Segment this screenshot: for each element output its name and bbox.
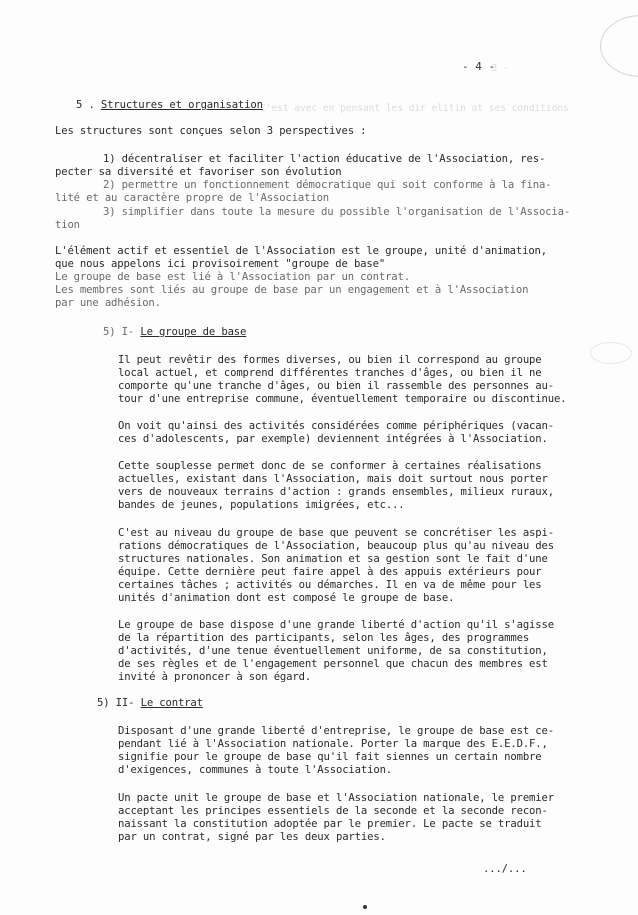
- section-title: Structures et organisation: [101, 99, 263, 111]
- subsection-1-heading: 5) I- Le groupe de base: [103, 326, 246, 339]
- ink-speck: [363, 905, 367, 909]
- element-actif-line-1: L'élément actif et essentiel de l'Associ…: [55, 245, 547, 258]
- subsection-1-title: Le groupe de base: [140, 326, 246, 338]
- sub1-p2-line-1: On voit qu'ainsi des activités considéré…: [118, 420, 554, 433]
- paper-curl: [600, 15, 638, 77]
- sub2-p2-line-4: par un contrat, signé par les deux parti…: [118, 831, 386, 844]
- sub1-p4-line-5: certaines tâches ; activités ou démarche…: [118, 579, 542, 592]
- sub1-p1-line-1: Il peut revêtir des formes diverses, ou …: [118, 354, 542, 367]
- subsection-1-number: 5) I-: [103, 326, 134, 338]
- sub2-p2-line-3: naissant la constitution adoptée par le …: [118, 818, 542, 831]
- sub1-p1-line-3: comporte qu'une tranche d'âges, ou bien …: [118, 380, 554, 393]
- sub1-p1-line-4: tour d'une entreprise commune, éventuell…: [118, 393, 566, 406]
- page-number: - 4 -: [462, 60, 495, 73]
- sub1-p3-line-2: actuelles, existant dans l'Association, …: [118, 473, 548, 486]
- sub1-p5-line-3: d'activités, d'une tenue éventuellement …: [118, 645, 548, 658]
- sub1-p5-line-4: de ses règles et de l'engagement personn…: [118, 658, 548, 671]
- perspective-2-line-2: lité et au caractère propre de l'Associa…: [55, 192, 329, 205]
- sub1-p3-line-3: vers de nouveaux terrains d'action : gra…: [118, 486, 554, 499]
- section-heading: 5 . Structures et organisation: [76, 99, 263, 112]
- sub1-p3-line-4: bandes de jeunes, populations imigrées, …: [118, 499, 405, 512]
- section-number: 5 .: [76, 99, 95, 111]
- subsection-2-heading: 5) II- Le contrat: [97, 697, 203, 710]
- perspective-3-line-1: 3) simplifier dans toute la mesure du po…: [103, 206, 570, 219]
- section-intro: Les structures sont conçues selon 3 pers…: [55, 125, 366, 138]
- sub2-p2-line-1: Un pacte unit le groupe de base et l'Ass…: [118, 792, 554, 805]
- element-actif-line-5: par une adhésion.: [55, 297, 161, 310]
- sub1-p4-line-4: équipe. Cette dernière peut faire appel …: [118, 566, 542, 579]
- element-actif-line-4: Les membres sont liés au groupe de base …: [55, 284, 528, 297]
- perspective-2-line-1: 2) permettre un fonctionnement démocrati…: [103, 179, 551, 192]
- bleed-through-text: C'est avec en pensant les dir elitin at …: [260, 103, 575, 114]
- paper-mark: [590, 342, 632, 364]
- perspective-3-line-2: tion: [55, 219, 80, 232]
- sub1-p5-line-1: Le groupe de base dispose d'une grande l…: [118, 619, 554, 632]
- subsection-2-title: Le contrat: [141, 697, 203, 709]
- sub2-p2-line-2: acceptant les principes essentiels de la…: [118, 805, 548, 818]
- sub1-p2-line-2: ces d'adolescents, par exemple) devienne…: [118, 433, 548, 446]
- subsection-2-number: 5) II-: [97, 697, 134, 709]
- sub1-p4-line-6: unités d'animation dont est composé le g…: [118, 592, 454, 605]
- sub2-p1-line-2: pendant lié à l'Association nationale. P…: [118, 738, 548, 751]
- perspective-1-line-2: pecter sa diversité et favoriser son évo…: [55, 166, 342, 179]
- sub2-p1-line-3: signifie pour le groupe de base qu'il fa…: [118, 751, 542, 764]
- sub1-p3-line-1: Cette souplesse permet donc de se confor…: [118, 460, 542, 473]
- perspective-1-line-1: 1) décentraliser et faciliter l'action é…: [103, 153, 545, 166]
- continuation-mark: .../...: [483, 863, 527, 876]
- document-page: C'est avec en pensant les dir elitin at …: [0, 0, 638, 915]
- sub1-p5-line-2: de la répartition des participants, selo…: [118, 632, 529, 645]
- sub1-p5-line-5: invité à prononcer à son égard.: [118, 671, 311, 684]
- sub1-p4-line-1: C'est au niveau du groupe de base que pe…: [118, 527, 554, 540]
- sub1-p4-line-2: rations démocratiques de l'Association, …: [118, 540, 554, 553]
- sub2-p1-line-1: Disposant d'une grande liberté d'entrepr…: [118, 725, 554, 738]
- element-actif-line-2: que nous appelons ici provisoirement "gr…: [55, 258, 385, 271]
- element-actif-line-3: Le groupe de base est lié à l'Associatio…: [55, 271, 410, 284]
- sub1-p1-line-2: local actuel, et comprend différentes tr…: [118, 367, 542, 380]
- sub2-p1-line-4: d'exigences, communes à toute l'Associat…: [118, 764, 392, 777]
- sub1-p4-line-3: structures nationales. Son animation et …: [118, 553, 548, 566]
